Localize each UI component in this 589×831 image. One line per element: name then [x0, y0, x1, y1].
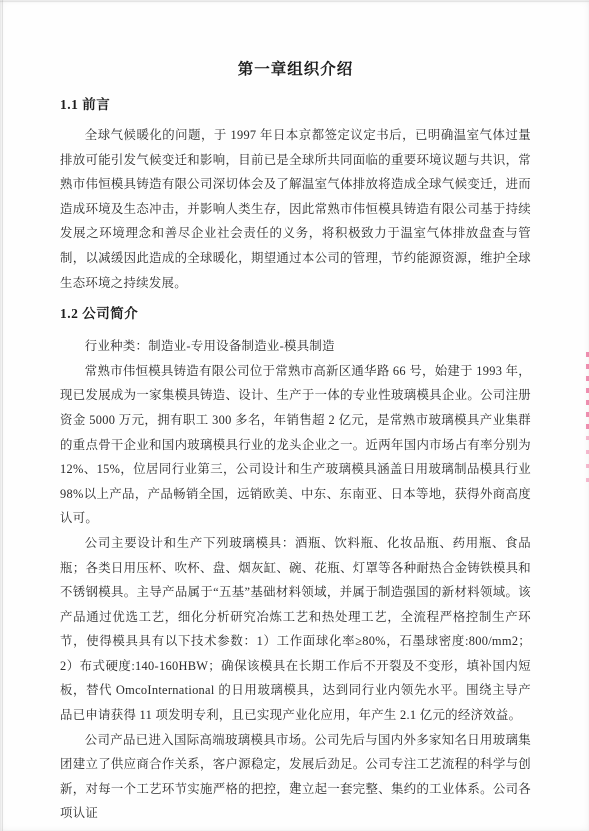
section-1-1-heading: 1.1 前言: [60, 96, 531, 114]
scanned-document-page: 第一章组织介绍 1.1 前言 全球气候暖化的问题，于 1997 年日本京都签定议…: [0, 0, 589, 831]
industry-type-line: 行业种类：制造业-专用设备制造业-模具制造: [60, 334, 531, 359]
market-position-paragraph: 公司产品已进入国际高端玻璃模具市场。公司先后与国内外多家知名日用玻璃集团建立了供…: [60, 728, 531, 826]
scan-edge-left: [2, 0, 3, 831]
section-foreword: 1.1 前言 全球气候暖化的问题，于 1997 年日本京都签定议定书后，已明确温…: [60, 96, 531, 295]
page-content: 第一章组织介绍 1.1 前言 全球气候暖化的问题，于 1997 年日本京都签定议…: [60, 0, 531, 826]
company-overview-paragraph: 常熟市伟恒模具铸造有限公司位于常熟市高新区通华路 66 号，始建于 1993 年…: [60, 359, 531, 531]
chapter-title: 第一章组织介绍: [60, 60, 531, 80]
foreword-paragraph: 全球气候暖化的问题，于 1997 年日本京都签定议定书后，已明确温室气体过量排放…: [60, 123, 531, 295]
section-company-profile: 1.2 公司简介 行业种类：制造业-专用设备制造业-模具制造 常熟市伟恒模具铸造…: [60, 305, 531, 826]
page-number: 1: [0, 779, 589, 791]
products-technology-paragraph: 公司主要设计和生产下列玻璃模具：酒瓶、饮料瓶、化妆品瓶、药用瓶、食品瓶；各类日用…: [60, 531, 531, 728]
section-1-2-heading: 1.2 公司简介: [60, 305, 531, 323]
